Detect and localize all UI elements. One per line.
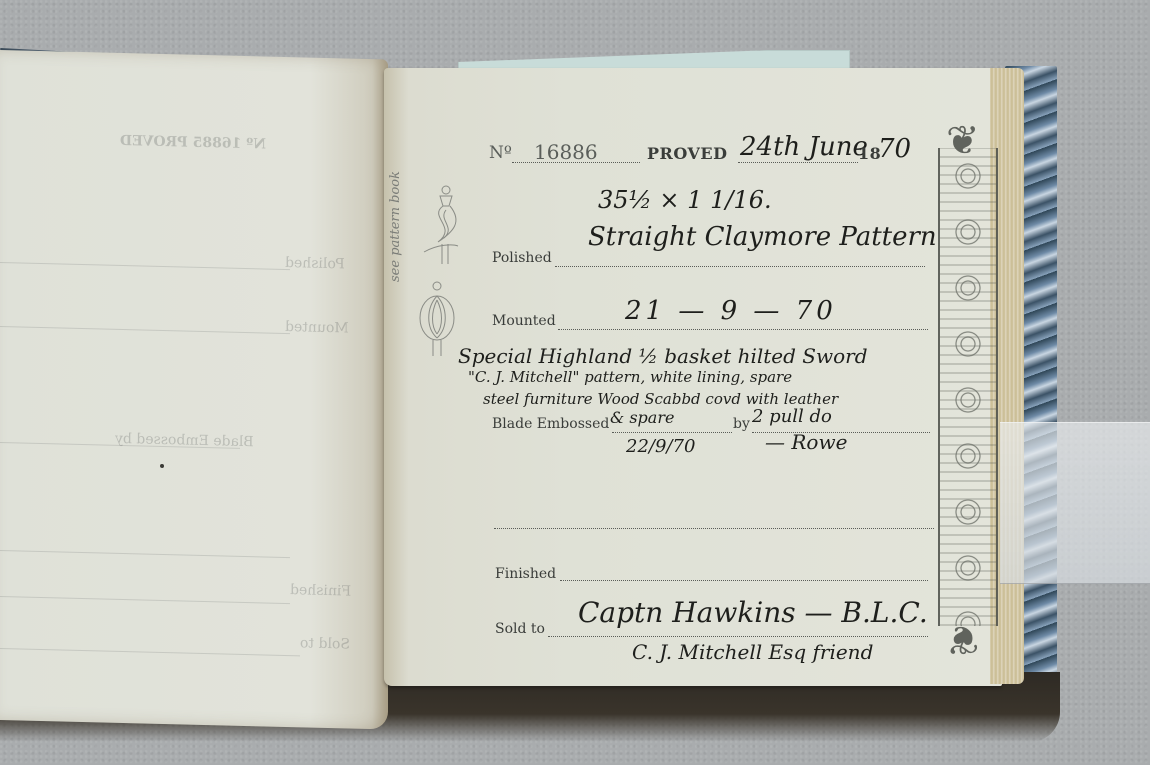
ghost-proved-header: Nº 16885 PROVED	[120, 133, 266, 153]
ghost-blade-embossed: Blade Embossed by	[115, 431, 254, 450]
basket-hilt-side-sketch	[418, 182, 468, 267]
sold-to-label: Sold to	[495, 621, 545, 637]
ghost-finished: Finished	[290, 582, 351, 599]
polished-dotted-line	[555, 266, 925, 267]
basket-hilt-front-sketch	[416, 278, 460, 358]
proved-date: 24th June	[740, 132, 868, 162]
proved-dotted-line	[738, 162, 858, 163]
description-line-1: Special Highland ½ basket hilted Sword	[458, 344, 868, 368]
polished-value: Straight Claymore Pattern	[588, 222, 937, 252]
number-value: 16886	[534, 140, 598, 164]
blade-embossed-value: & spare	[610, 408, 674, 427]
proved-label: PROVED	[647, 144, 727, 163]
ink-speck	[160, 464, 164, 468]
ornamental-border	[938, 148, 998, 626]
by-label: by	[733, 416, 750, 432]
mounted-dotted-line	[558, 329, 928, 330]
left-page: Nº 16885 PROVED Polished Mounted Blade E…	[0, 50, 388, 729]
ghost-line	[0, 262, 290, 270]
transparent-tape-strip	[1000, 422, 1150, 584]
ghost-line	[0, 326, 290, 334]
embossed-date: 22/9/70	[626, 436, 695, 457]
number-dotted-line	[512, 162, 640, 163]
sold-to-note: C. J. Mitchell Esq friend	[632, 640, 873, 664]
blade-embossed-dotted-line	[612, 432, 732, 433]
mounted-label: Mounted	[492, 313, 556, 329]
blade-embossed-label: Blade Embossed	[492, 416, 609, 432]
proved-year-handwritten: 70	[878, 134, 911, 164]
description-line-2: "C. J. Mitchell" pattern, white lining, …	[468, 368, 792, 386]
mounted-value: 21 — 9 — 70	[625, 296, 837, 326]
embossed-by-name: — Rowe	[765, 430, 847, 454]
blade-dimensions: 35½ × 1 1/16.	[598, 186, 772, 214]
sold-to-value: Captn Hawkins — B.L.C.	[578, 596, 928, 629]
ghost-line	[0, 596, 290, 604]
ghost-line	[0, 550, 290, 558]
finished-label: Finished	[495, 566, 556, 582]
by-value: 2 pull do	[752, 406, 832, 427]
ghost-sold-to: Sold to	[300, 635, 350, 652]
sold-to-dotted-line	[548, 636, 928, 637]
blank-dotted-line	[494, 528, 934, 529]
ghost-polished: Polished	[285, 255, 345, 272]
number-label: Nº	[489, 143, 512, 163]
margin-pencil-note: see pattern book	[388, 171, 403, 282]
polished-label: Polished	[492, 250, 552, 266]
ghost-mounted: Mounted	[285, 319, 349, 337]
finished-dotted-line	[560, 580, 928, 581]
ghost-line	[0, 648, 300, 656]
